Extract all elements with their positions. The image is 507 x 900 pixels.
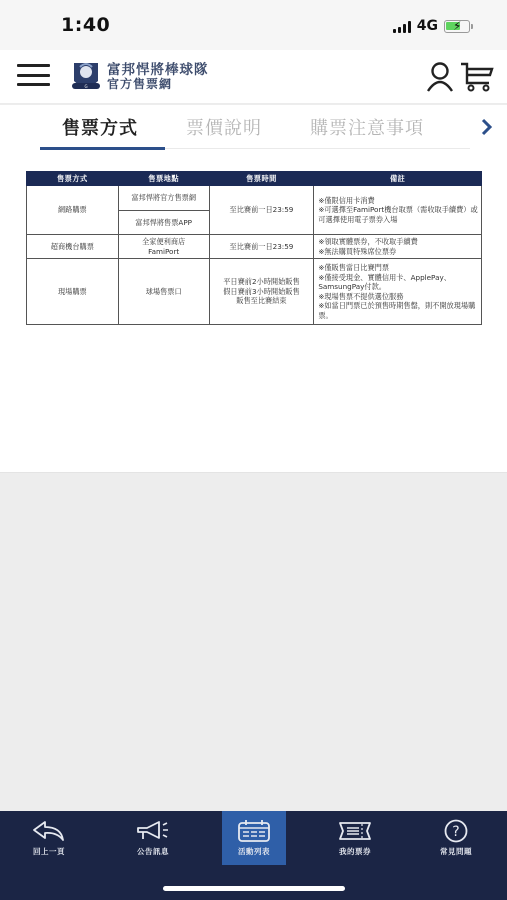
battery-cap xyxy=(471,24,473,29)
calendar-icon xyxy=(236,819,272,843)
hamburger-icon[interactable] xyxy=(17,64,50,86)
note-line: ※僅限信用卡消費 xyxy=(318,196,478,206)
time-line: 販售至比賽結束 xyxy=(213,296,311,306)
brand-line1: 富邦悍將棒球隊 xyxy=(107,63,209,77)
cell-time: 至比賽前一日23:59 xyxy=(209,186,314,235)
header-location: 售票地點 xyxy=(118,172,209,186)
status-icons: 4G ⚡ xyxy=(393,18,473,34)
cell-location: 富邦悍將售票APP xyxy=(118,211,209,235)
user-icon[interactable] xyxy=(426,61,454,93)
nav-label: 活動列表 xyxy=(238,846,270,857)
nav-label: 常見問題 xyxy=(440,846,472,857)
brand-line2: 官方售票網 xyxy=(107,77,209,91)
battery-charging-icon: ⚡ xyxy=(444,20,470,33)
note-line: ※現場售票不提供選位服務 xyxy=(318,292,478,302)
back-arrow-icon xyxy=(31,819,67,843)
nav-label: 回上一頁 xyxy=(33,846,65,857)
app-header: G 富邦悍將棒球隊 官方售票網 xyxy=(0,50,507,104)
svg-text:G: G xyxy=(84,84,87,89)
tab-purchase-notes[interactable]: 購票注意事項 xyxy=(310,114,424,140)
team-logo-icon[interactable]: G xyxy=(70,59,102,94)
screen: 1:40 4G ⚡ G 富邦悍將棒球隊 官方售票網 xyxy=(0,0,507,900)
chevron-right-icon[interactable] xyxy=(478,115,496,139)
brand-title[interactable]: 富邦悍將棒球隊 官方售票網 xyxy=(107,63,209,91)
cell-method: 網路購票 xyxy=(27,186,119,235)
cell-location: 球場售票口 xyxy=(118,259,209,325)
active-tab-indicator xyxy=(40,147,165,150)
ticket-sales-table: 售票方式 售票地點 售票時間 備註 網路購票 富邦悍將官方售票網 至比賽前一日2… xyxy=(26,171,482,325)
note-line: ※可選擇至FamiPort機台取票（需收取手續費）或可選擇使用電子票券入場 xyxy=(318,205,478,224)
note-line: ※僅接受現金、實體信用卡、ApplePay、SamsungPay付款。 xyxy=(318,273,478,292)
bottom-nav: 回上一頁 公告訊息 活動列表 我的票券 xyxy=(0,811,507,900)
time-line: 平日賽前2小時開始販售 xyxy=(213,277,311,287)
status-bar: 1:40 4G ⚡ xyxy=(0,0,507,50)
megaphone-icon xyxy=(135,819,171,843)
tab-price-info[interactable]: 票價說明 xyxy=(186,114,262,140)
svg-text:?: ? xyxy=(452,824,459,840)
nav-label: 公告訊息 xyxy=(137,846,169,857)
table-row: 超商機台購票 全家便利商店 FamiPort 至比賽前一日23:59 ※領取實體… xyxy=(27,235,482,259)
cell-notes: ※領取實體票券，不收取手續費 ※無法購買特殊席位票券 xyxy=(314,235,482,259)
home-indicator[interactable] xyxy=(163,886,345,891)
note-line: ※無法購買特殊席位票券 xyxy=(318,247,478,257)
cell-time: 至比賽前一日23:59 xyxy=(209,235,314,259)
table-row: 現場購票 球場售票口 平日賽前2小時開始販售 假日賽前3小時開始販售 販售至比賽… xyxy=(27,259,482,325)
nav-announcements[interactable]: 公告訊息 xyxy=(121,811,185,865)
ticket-icon xyxy=(337,819,373,843)
network-type: 4G xyxy=(417,18,438,34)
cell-method: 超商機台購票 xyxy=(27,235,119,259)
cell-notes: ※僅限信用卡消費 ※可選擇至FamiPort機台取票（需收取手續費）或可選擇使用… xyxy=(314,186,482,235)
table-header-row: 售票方式 售票地點 售票時間 備註 xyxy=(27,172,482,186)
nav-my-tickets[interactable]: 我的票券 xyxy=(323,811,387,865)
nav-back[interactable]: 回上一頁 xyxy=(17,811,81,865)
note-line: ※領取實體票券，不收取手續費 xyxy=(318,237,478,247)
cell-notes: ※僅販售當日比賽門票 ※僅接受現金、實體信用卡、ApplePay、Samsung… xyxy=(314,259,482,325)
table-row: 網路購票 富邦悍將官方售票網 至比賽前一日23:59 ※僅限信用卡消費 ※可選擇… xyxy=(27,186,482,211)
note-line: ※僅販售當日比賽門票 xyxy=(318,263,478,273)
tab-bar: 售票方式 票價說明 購票注意事項 xyxy=(40,105,470,149)
time-line: 假日賽前3小時開始販售 xyxy=(213,287,311,297)
cell-method: 現場購票 xyxy=(27,259,119,325)
header-notes: 備註 xyxy=(314,172,482,186)
nav-faq[interactable]: ? 常見問題 xyxy=(424,811,488,865)
content-panel: 售票方式 票價說明 購票注意事項 售票方式 售票地點 售票時間 備註 網路購票 … xyxy=(0,105,507,473)
status-time: 1:40 xyxy=(61,14,110,36)
header-method: 售票方式 xyxy=(27,172,119,186)
location-line: FamiPort xyxy=(122,247,206,257)
cell-time: 平日賽前2小時開始販售 假日賽前3小時開始販售 販售至比賽結束 xyxy=(209,259,314,325)
cell-location: 全家便利商店 FamiPort xyxy=(118,235,209,259)
question-icon: ? xyxy=(438,819,474,843)
signal-icon xyxy=(393,20,411,33)
header-time: 售票時間 xyxy=(209,172,314,186)
cart-icon[interactable] xyxy=(460,61,494,93)
location-line: 全家便利商店 xyxy=(122,237,206,247)
note-line: ※如當日門票已於預售時期售罄，則不開放現場購票。 xyxy=(318,301,478,320)
nav-events[interactable]: 活動列表 xyxy=(222,811,286,865)
nav-label: 我的票券 xyxy=(339,846,371,857)
tab-sales-method[interactable]: 售票方式 xyxy=(62,114,138,140)
cell-location: 富邦悍將官方售票網 xyxy=(118,186,209,211)
